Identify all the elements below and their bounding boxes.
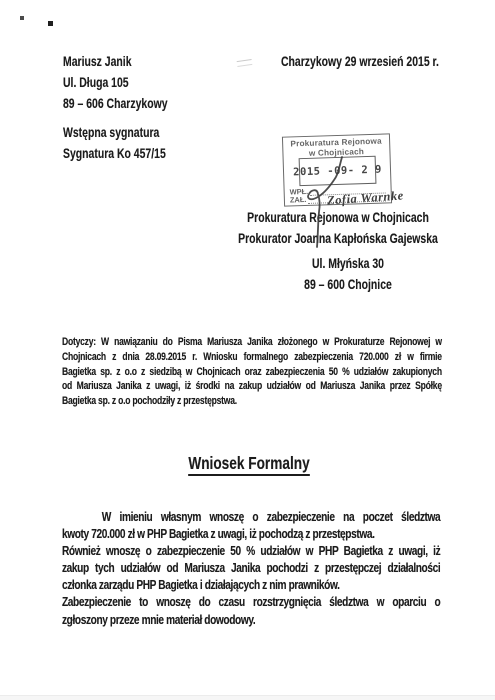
sender-name: Mariusz Janik	[63, 51, 281, 72]
subject-paragraph: Dotyczy: W nawiązaniu do Pisma Mariusza …	[62, 335, 442, 409]
handwritten-paraph	[295, 150, 355, 260]
subject-line: Bagietka sp. z o.o pochodziły z przestęp…	[62, 394, 442, 409]
body-line: Zabezpieczenie to wnoszę do czasu rozstr…	[62, 593, 440, 610]
body-line: zgłoszony przeze mnie materiał dowodowy.	[62, 611, 440, 628]
reference-number: Sygnatura Ko 457/15	[63, 143, 281, 164]
case-reference-block: Wstępna sygnatura Sygnatura Ko 457/15	[63, 122, 281, 164]
body-line: Również wnoszę o zabezpieczenie 50 % udz…	[62, 542, 440, 559]
body-line: zakup tych udziałów od Mariusza Janika p…	[62, 559, 440, 576]
reference-label: Wstępna sygnatura	[63, 122, 281, 143]
scan-speck	[20, 16, 24, 20]
subject-line: Chojnicach z dnia 28.09.2015 r. Wniosku …	[62, 350, 442, 365]
subject-line: od Mariusza Janika z uwagi, iż środki na…	[62, 379, 442, 394]
body-line: W imieniu własnym wnoszę o zabezpieczeni…	[62, 508, 440, 525]
document-heading: Wniosek Formalny	[132, 452, 366, 474]
scanned-letter-page: Mariusz Janik Ul. Długa 105 89 – 606 Cha…	[0, 0, 495, 700]
body-line: członka zarządu PHP Bagietka i działając…	[62, 576, 440, 593]
body-line: kwoty 720.000 zł w PHP Bagietka z uwagi,…	[62, 525, 440, 542]
sender-city: 89 – 606 Charzykowy	[63, 93, 281, 114]
body-paragraphs: W imieniu własnym wnoszę o zabezpieczeni…	[62, 508, 440, 628]
document-heading-text: Wniosek Formalny	[188, 453, 309, 476]
subject-line: Dotyczy: W nawiązaniu do Pisma Mariusza …	[62, 335, 442, 350]
letter-date-line: Charzykowy 29 wrzesień 2015 r.	[281, 51, 468, 72]
sender-block: Mariusz Janik Ul. Długa 105 89 – 606 Cha…	[63, 51, 281, 114]
subject-line: Bagietka sp. z o.o z siedzibą w Chojnica…	[62, 365, 442, 380]
sender-street: Ul. Długa 105	[63, 72, 281, 93]
recipient-city: 89 – 600 Chojnice	[270, 274, 426, 295]
scan-bottom-edge	[0, 695, 495, 700]
scan-speck	[48, 21, 53, 26]
